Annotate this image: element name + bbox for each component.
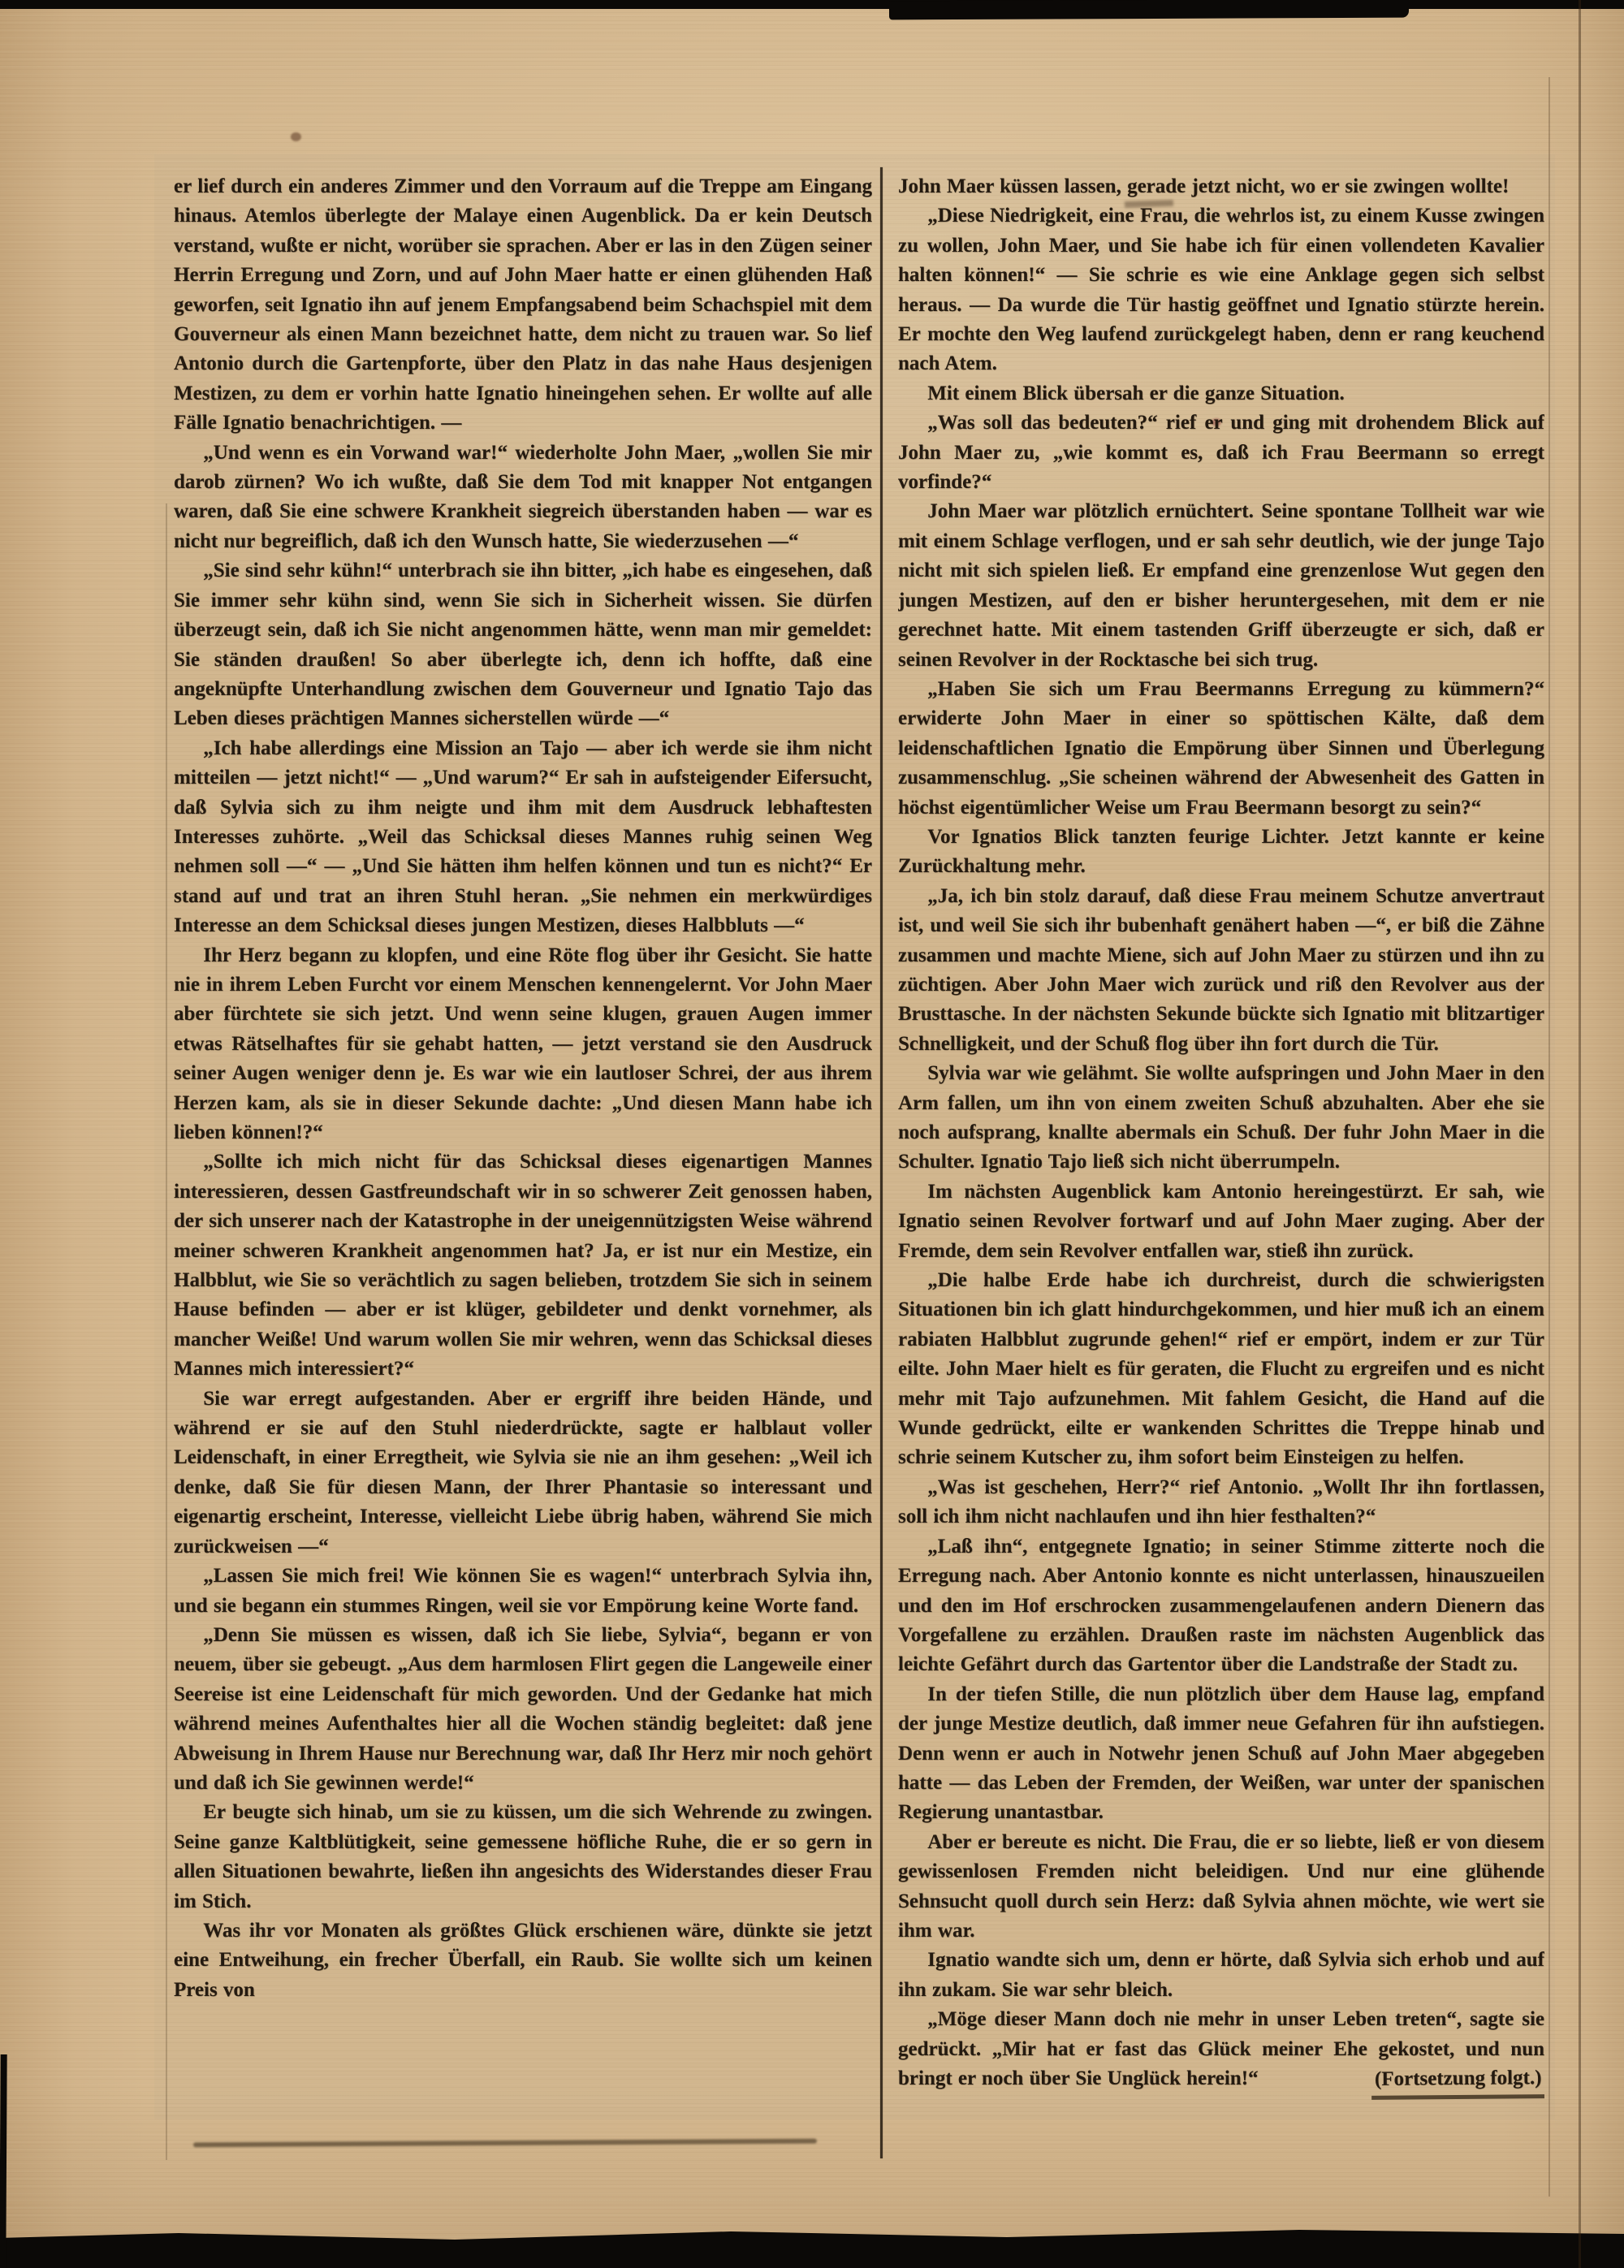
paragraph: Er beugte sich hinab, um sie zu küssen, … — [174, 1798, 872, 1916]
paragraph: „Was soll das bedeuten?“ rief er und gin… — [898, 408, 1544, 497]
paragraph: „Lassen Sie mich frei! Wie können Sie es… — [174, 1562, 872, 1621]
scanned-newspaper-page: { "page": { "paper_color": "#d5b88f", "i… — [0, 0, 1624, 2268]
paragraph: John Maer war plötzlich ernüchtert. Sein… — [898, 497, 1544, 674]
column-frame-rule — [166, 503, 167, 2160]
paragraph: er lief durch ein anderes Zimmer und den… — [174, 172, 872, 438]
ink-blemish — [291, 132, 301, 141]
paragraph: „Laß ihn“, entgegnete Ignatio; in seiner… — [898, 1532, 1544, 1680]
paragraph: Mit einem Blick übersah er die ganze Sit… — [898, 379, 1544, 408]
paragraph: „Und wenn es ein Vorwand war!“ wiederhol… — [174, 438, 872, 557]
paragraph: Sie war erregt aufgestanden. Aber er erg… — [174, 1385, 872, 1562]
paragraph: Aber er bereute es nicht. Die Frau, die … — [898, 1828, 1544, 1946]
page-crease-line — [1579, 0, 1581, 2268]
paragraph: „Was ist geschehen, Herr?“ rief Antonio.… — [898, 1473, 1544, 1532]
scan-edge-left — [0, 2054, 7, 2268]
paragraph: „Denn Sie müssen es wissen, daß ich Sie … — [174, 1621, 872, 1798]
paragraph: Ihr Herz begann zu klopfen, und eine Röt… — [174, 941, 872, 1148]
paragraph: Im nächsten Augenblick kam Antonio herei… — [898, 1177, 1544, 1266]
paragraph: Vor Ignatios Blick tanzten feurige Licht… — [898, 823, 1544, 882]
column-divider-rule — [880, 167, 883, 2158]
column-left: er lief durch ein anderes Zimmer und den… — [174, 172, 872, 2206]
paragraph: „Ja, ich bin stolz darauf, daß diese Fra… — [898, 882, 1544, 1059]
page-fold-line — [1548, 77, 1550, 2197]
paragraph: „Diese Niedrigkeit, eine Frau, die wehrl… — [898, 201, 1544, 378]
paragraph: Ignatio wandte sich um, denn er hörte, d… — [898, 1946, 1544, 2005]
continuation-note: (Fortsetzung folgt.) — [1371, 2063, 1544, 2100]
scan-edge-top-right — [889, 0, 1409, 19]
column-right-paragraphs: John Maer küssen lassen, gerade jetzt ni… — [898, 172, 1544, 2093]
paragraph: „Die halbe Erde habe ich durchreist, dur… — [898, 1266, 1544, 1473]
paragraph: „Haben Sie sich um Frau Beermanns Erregu… — [898, 675, 1544, 823]
paragraph: In der tiefen Stille, die nun plötzlich … — [898, 1680, 1544, 1828]
paragraph: John Maer küssen lassen, gerade jetzt ni… — [898, 172, 1544, 201]
paragraph: „Sie sind sehr kühn!“ unterbrach sie ihn… — [174, 556, 872, 733]
paragraph: Sylvia war wie gelähmt. Sie wollte aufsp… — [898, 1059, 1544, 1177]
column-right: John Maer küssen lassen, gerade jetzt ni… — [898, 172, 1544, 2214]
paragraph: „Ich habe allerdings eine Mission an Taj… — [174, 734, 872, 941]
paragraph: „Sollte ich mich nicht für das Schicksal… — [174, 1147, 872, 1384]
paragraph: Was ihr vor Monaten als größtes Glück er… — [174, 1916, 872, 2005]
